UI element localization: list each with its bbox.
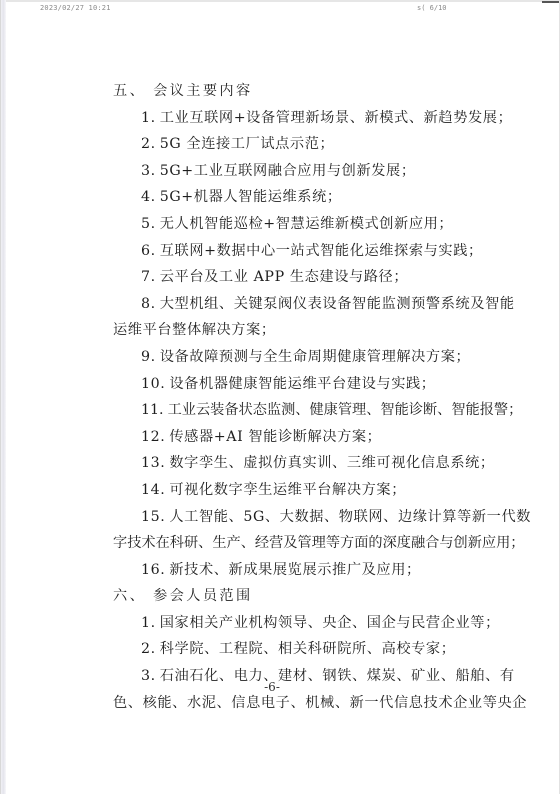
list-item: 2.科学院、工程院、相关科研院所、高校专家； — [113, 636, 463, 663]
item-text: 设备故障预测与全生命周期健康管理解决方案； — [160, 349, 471, 365]
page-number: -6- — [0, 680, 560, 694]
item-text: 科学院、工程院、相关科研院所、高校专家； — [160, 641, 456, 657]
item-number: 2. — [141, 136, 156, 152]
header-timestamp: 2023/02/27 10:21 — [40, 4, 111, 12]
list-item: 5.无人机智能巡检+智慧运维新模式创新应用； — [113, 211, 463, 238]
item-text: 人工智能、5G、大数据、物联网、边缘计算等新一代数 — [169, 509, 531, 525]
item-text: 大型机组、关键泵阀仪表设备智能监测预警系统及智能 — [160, 296, 515, 312]
document-body: 五、 会议主要内容 1.工业互联网+设备管理新场景、新模式、新趋势发展； 2.5… — [113, 78, 463, 716]
item-number: 6. — [141, 243, 156, 259]
list-item-continuation: 字技术在科研、生产、经营及管理等方面的深度融合与创新应用； — [113, 530, 463, 557]
item-text: 5G+机器人智能运维系统； — [160, 189, 342, 205]
item-number: 4. — [141, 189, 156, 205]
scan-edge-mark — [542, 1, 560, 3]
item-number: 11. — [141, 402, 164, 418]
item-number: 13. — [141, 455, 165, 471]
scan-binding-edge — [1, 0, 6, 794]
item-text: 工业云装备状态监测、健康管理、智能诊断、智能报警； — [168, 402, 523, 418]
item-number: 9. — [141, 349, 156, 365]
item-text: 5G+工业互联网融合应用与创新发展； — [160, 163, 416, 179]
list-item: 10.设备机器健康智能运维平台建设与实践； — [113, 371, 463, 398]
list-item: 1.工业互联网+设备管理新场景、新模式、新趋势发展； — [113, 105, 463, 132]
item-number: 5. — [141, 216, 156, 232]
list-item: 16.新技术、新成果展览展示推广及应用； — [113, 557, 463, 584]
item-text: 设备机器健康智能运维平台建设与实践； — [169, 376, 435, 392]
list-item: 12.传感器+AI 智能诊断解决方案； — [113, 424, 463, 451]
item-text: 国家相关产业机构领导、央企、国企与民营企业等； — [160, 615, 500, 631]
list-item: 15.人工智能、5G、大数据、物联网、边缘计算等新一代数 — [113, 504, 463, 531]
item-text: 5G 全连接工厂试点示范； — [160, 136, 335, 152]
item-text: 传感器+AI 智能诊断解决方案； — [169, 429, 381, 445]
item-text: 无人机智能巡检+智慧运维新模式创新应用； — [160, 216, 453, 232]
list-item: 2.5G 全连接工厂试点示范； — [113, 131, 463, 158]
section-heading-meeting-content: 五、 会议主要内容 — [113, 78, 463, 105]
list-item: 9.设备故障预测与全生命周期健康管理解决方案； — [113, 344, 463, 371]
item-number: 14. — [141, 482, 165, 498]
item-number: 10. — [141, 376, 165, 392]
item-number: 2. — [141, 641, 156, 657]
item-number: 3. — [141, 163, 156, 179]
item-number: 15. — [141, 509, 165, 525]
item-text: 可视化数字孪生运维平台解决方案； — [169, 482, 406, 498]
list-item: 6.互联网+数据中心一站式智能化运维探索与实践； — [113, 238, 463, 265]
list-item: 14.可视化数字孪生运维平台解决方案； — [113, 477, 463, 504]
item-number: 12. — [141, 429, 165, 445]
list-item: 11.工业云装备状态监测、健康管理、智能诊断、智能报警； — [113, 397, 463, 424]
list-item: 8.大型机组、关键泵阀仪表设备智能监测预警系统及智能 — [113, 291, 463, 318]
page-top-border — [0, 0, 560, 2]
item-text: 云平台及工业 APP 生态建设与路径； — [160, 269, 408, 285]
list-item: 7.云平台及工业 APP 生态建设与路径； — [113, 264, 463, 291]
item-number: 1. — [141, 110, 156, 126]
item-number: 7. — [141, 269, 156, 285]
list-item: 1.国家相关产业机构领导、央企、国企与民营企业等； — [113, 610, 463, 637]
list-item: 4.5G+机器人智能运维系统； — [113, 184, 463, 211]
item-text: 工业互联网+设备管理新场景、新模式、新趋势发展； — [160, 110, 513, 126]
section-heading-attendees: 六、 参会人员范围 — [113, 583, 463, 610]
item-text: 新技术、新成果展览展示推广及应用； — [169, 562, 420, 578]
item-text: 互联网+数据中心一站式智能化运维探索与实践； — [160, 243, 483, 259]
list-item: 13.数字孪生、虚拟仿真实训、三维可视化信息系统； — [113, 450, 463, 477]
item-number: 8. — [141, 296, 156, 312]
list-item: 3.5G+工业互联网融合应用与创新发展； — [113, 158, 463, 185]
header-page-indicator: s( 6/10 — [417, 4, 447, 12]
list-item-continuation: 运维平台整体解决方案； — [113, 317, 463, 344]
item-text: 数字孪生、虚拟仿真实训、三维可视化信息系统； — [169, 455, 494, 471]
item-number: 16. — [141, 562, 165, 578]
page-number-text: -6- — [264, 680, 280, 694]
item-number: 1. — [141, 615, 156, 631]
